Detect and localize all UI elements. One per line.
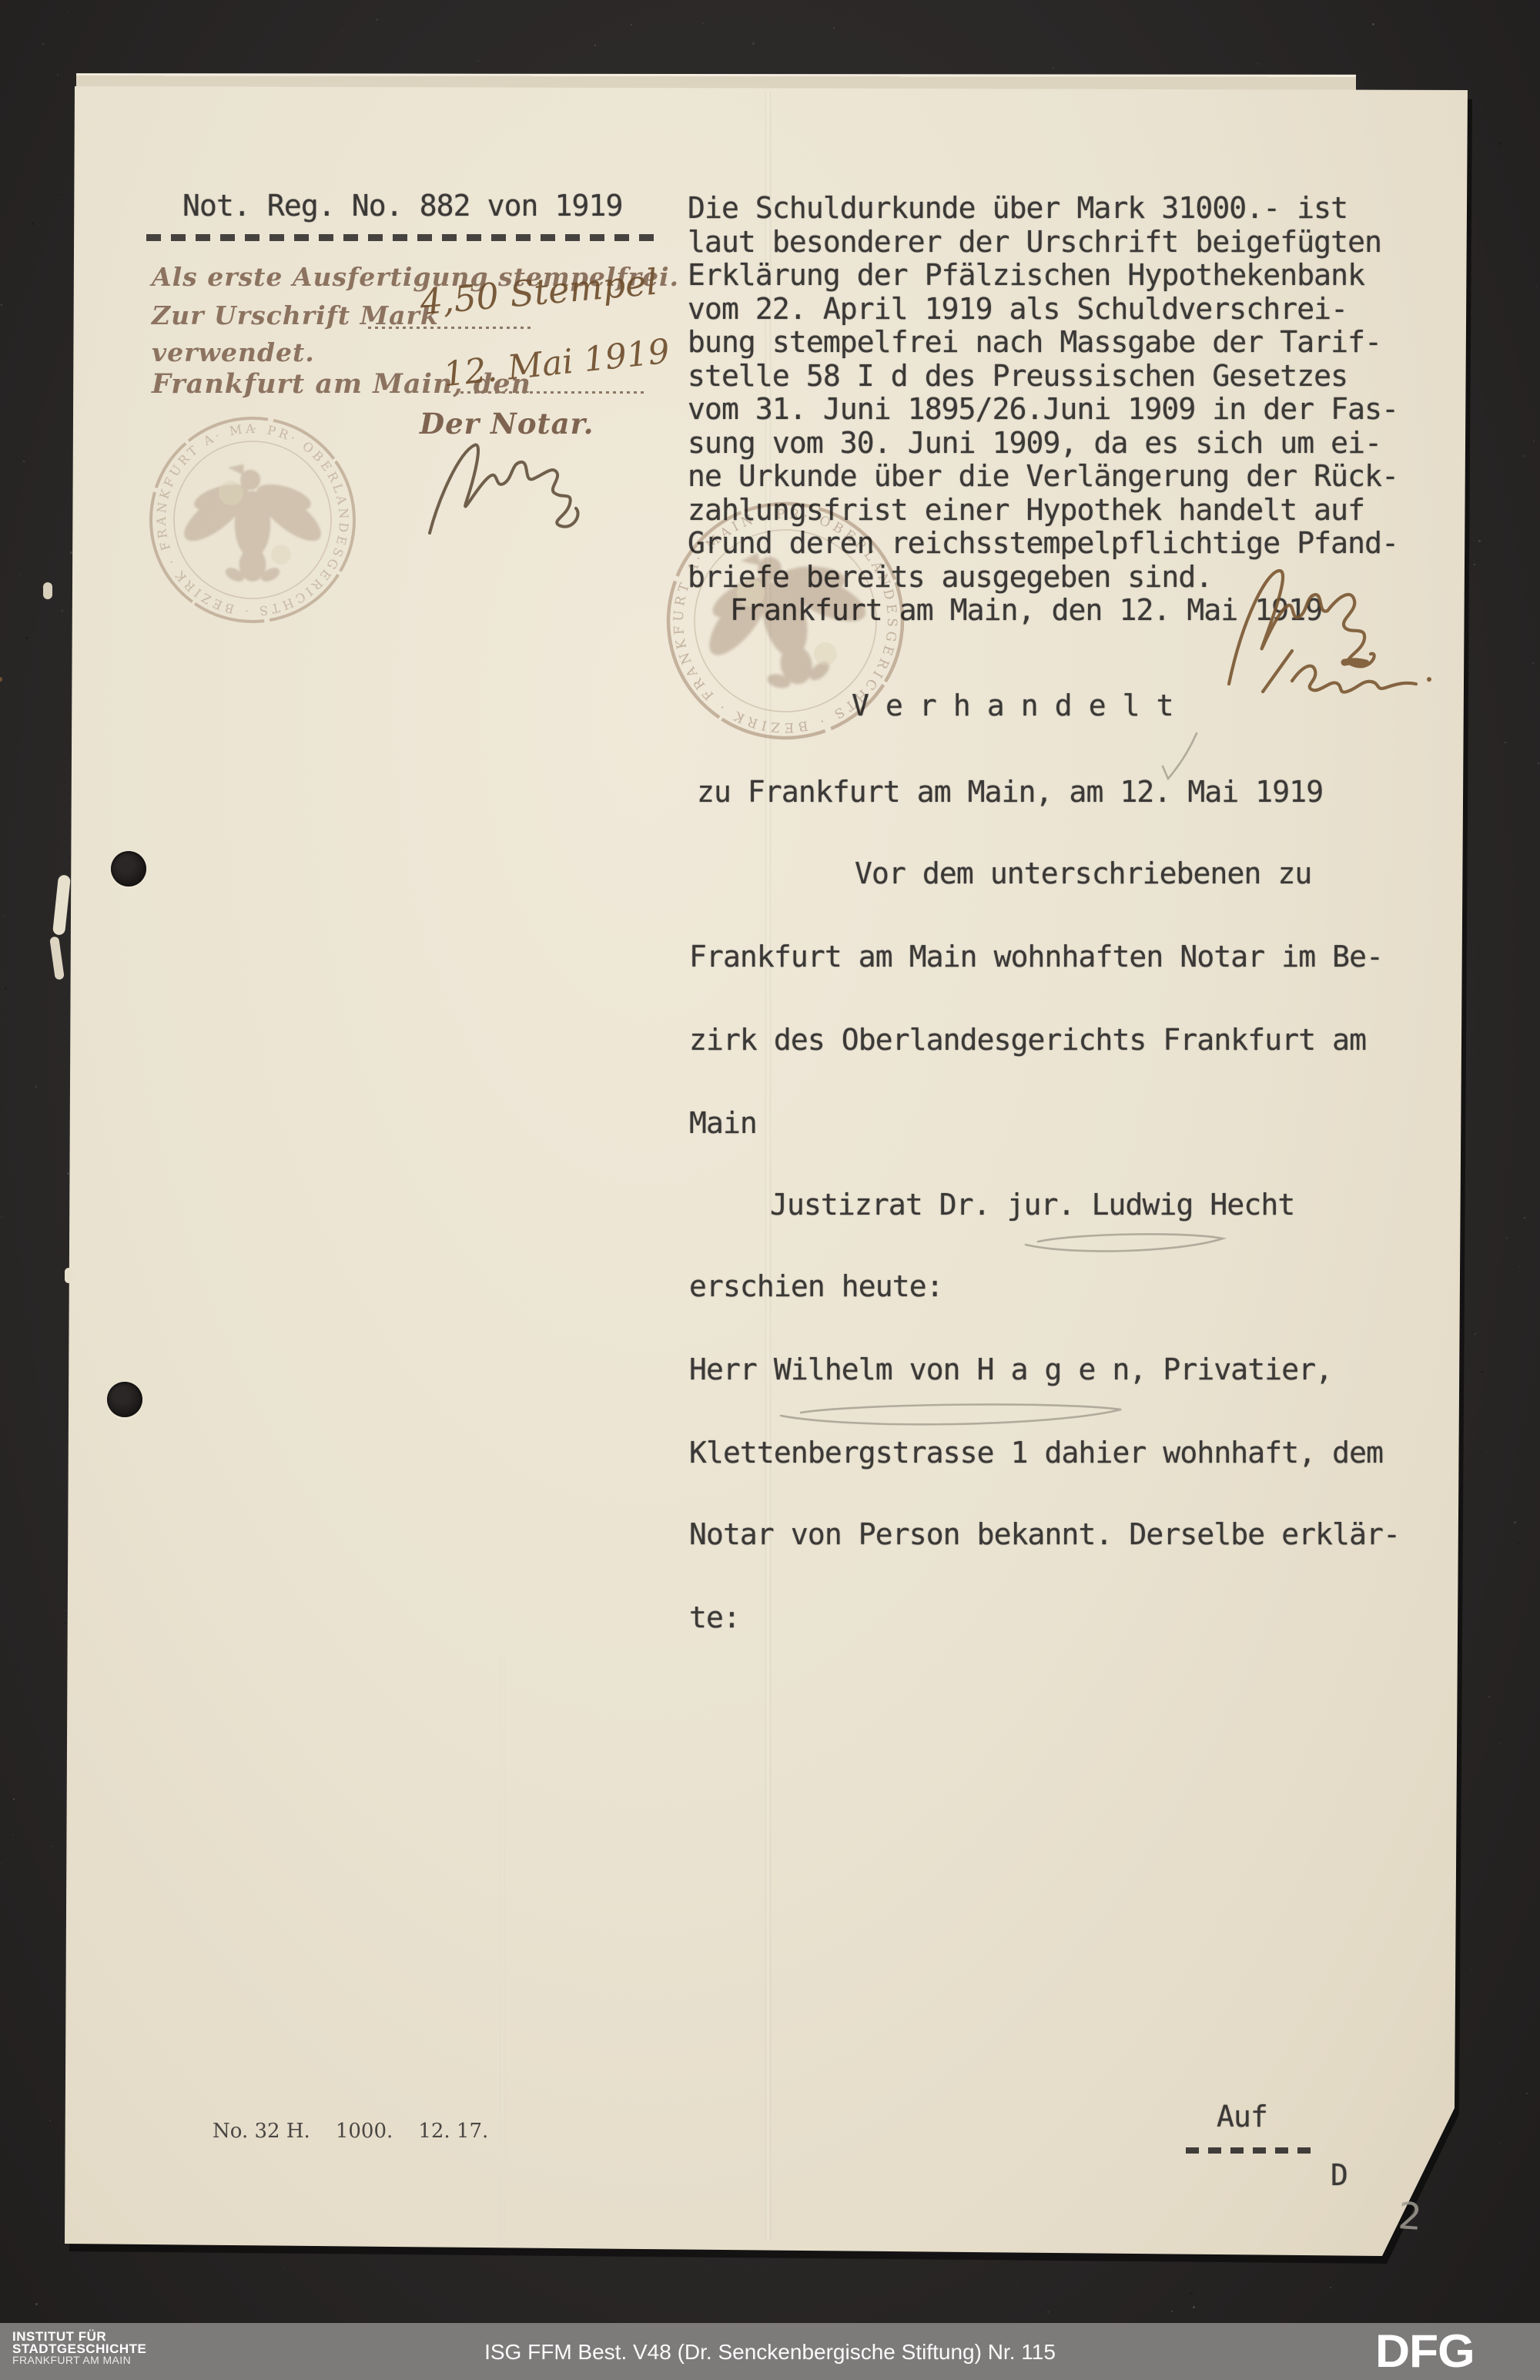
certificate-line: zahlungsfrist einer Hypothek handelt auf bbox=[688, 494, 1398, 528]
punch-hole-bottom bbox=[107, 1382, 142, 1417]
typed-dashed-rule bbox=[146, 234, 656, 241]
certificate-line: vom 22. April 1919 als Schuldverschrei- bbox=[688, 293, 1398, 327]
deed-line: Main bbox=[689, 1108, 757, 1140]
deed-line: zu Frankfurt am Main, am 12. Mai 1919 bbox=[697, 776, 1323, 809]
certificate-line: bung stempelfrei nach Massgabe der Tarif… bbox=[688, 326, 1398, 360]
punch-hole-top bbox=[111, 851, 146, 887]
deed-title: V e r h a n d e l t bbox=[852, 690, 1173, 722]
certificate-dateline: Frankfurt am Main, den 12. Mai 1919 bbox=[688, 594, 1398, 628]
stamp-dotted-line bbox=[368, 327, 534, 329]
paper-edge-fleck bbox=[65, 1268, 72, 1283]
scanned-archival-document: Not. Reg. No. 882 von 1919 Als erste Aus… bbox=[0, 0, 1540, 2380]
form-imprint: No. 32 H. 1000. 12. 17. bbox=[213, 2120, 488, 2143]
deed-line: te: bbox=[689, 1602, 740, 1634]
certificate-line: laut besonderer der Urschrift beigefügte… bbox=[688, 226, 1398, 260]
archive-footer-bar: INSTITUT FÜR STADTGESCHICHTE FRANKFURT A… bbox=[0, 2323, 1540, 2380]
lower-fold-crease bbox=[500, 1656, 504, 2238]
stamp-line-verwendet: verwendet. bbox=[152, 337, 315, 367]
deed-line-notary-name: Justizrat Dr. jur. Ludwig Hecht bbox=[770, 1189, 1294, 1222]
stamp-line-der-notar: Der Notar. bbox=[420, 407, 594, 441]
deed-line: Frankfurt am Main wohnhaften Notar im Be… bbox=[689, 941, 1383, 974]
catchword: Auf bbox=[1217, 2101, 1267, 2134]
deed-line: zirk des Oberlandesgerichts Frankfurt am bbox=[689, 1024, 1366, 1057]
archive-reference: ISG FFM Best. V48 (Dr. Senckenbergische … bbox=[0, 2340, 1540, 2365]
pencil-page-number: 2 bbox=[1397, 2194, 1423, 2239]
certificate-line: Die Schuldurkunde über Mark 31000.- ist bbox=[688, 192, 1398, 226]
exemption-certificate-block: Die Schuldurkunde über Mark 31000.- ist … bbox=[688, 192, 1398, 628]
paper-edge-fleck bbox=[43, 582, 52, 599]
catchword-dashed-rule bbox=[1186, 2147, 1318, 2154]
deed-line-appearer-name: Herr Wilhelm von H a g e n, Privatier, bbox=[689, 1354, 1332, 1386]
certificate-line: Grund deren reichsstempelpflichtige Pfan… bbox=[688, 527, 1398, 561]
certificate-line: sung vom 30. Juni 1909, da es sich um ei… bbox=[688, 427, 1398, 461]
certificate-line: Erklärung der Pfälzischen Hypothekenbank bbox=[688, 259, 1398, 293]
certificate-line: briefe bereits ausgegeben sind. bbox=[688, 561, 1398, 595]
registry-number-line: Not. Reg. No. 882 von 1919 bbox=[182, 190, 622, 223]
deed-line: erschien heute: bbox=[689, 1271, 943, 1303]
certificate-line: ne Urkunde über die Verlängerung der Rüc… bbox=[688, 460, 1398, 494]
deed-line: Vor dem unterschriebenen zu bbox=[855, 858, 1311, 890]
stamp-dotted-line bbox=[460, 391, 645, 394]
deed-line: Klettenbergstrasse 1 dahier wohnhaft, de… bbox=[689, 1437, 1383, 1470]
catchword-letter: D bbox=[1331, 2160, 1347, 2192]
deed-line: Notar von Person bekannt. Derselbe erklä… bbox=[689, 1519, 1400, 1551]
certificate-line: vom 31. Juni 1895/26.Juni 1909 in der Fa… bbox=[688, 393, 1398, 427]
dfg-logo: DFG bbox=[1375, 2325, 1475, 2378]
certificate-line: stelle 58 I d des Preussischen Gesetzes bbox=[688, 360, 1398, 394]
